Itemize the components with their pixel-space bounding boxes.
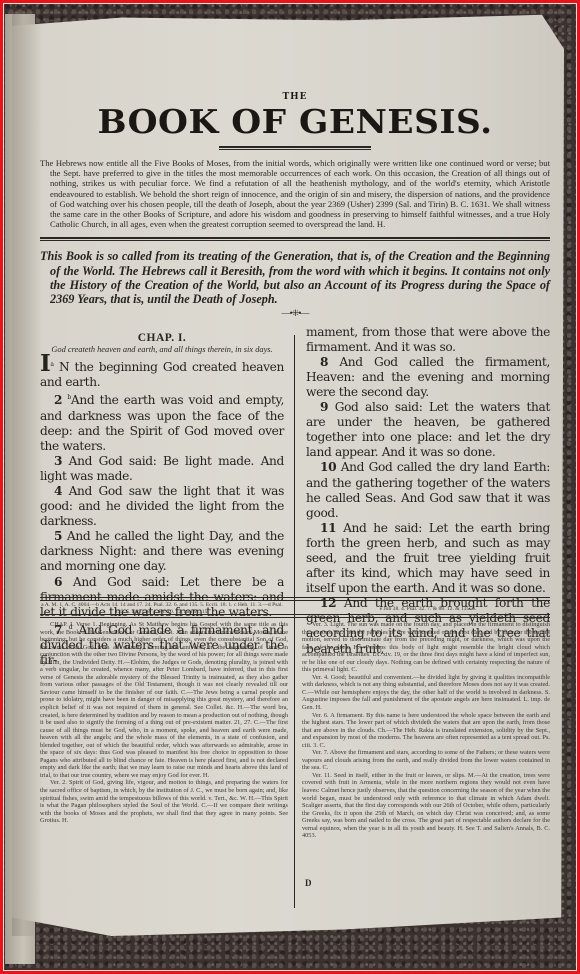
- page-content: THE BOOK OF GENESIS. The Hebrews now ent…: [40, 92, 550, 668]
- references-bottom-rule: [40, 614, 550, 618]
- verse-5: 5 And he called the light Day, and the d…: [40, 529, 284, 574]
- verse-11: 11 And he said: Let the earth bring fort…: [306, 521, 550, 596]
- intro-paragraph: The Hebrews now entitle all the Five Boo…: [40, 158, 550, 229]
- signature-mark: D: [305, 878, 312, 888]
- notes-left: CHAP. I. Verse 1. Beginning. As St Matth…: [40, 621, 288, 840]
- note: Ver. 7. Above the firmament and stars, a…: [302, 749, 550, 772]
- note: Ver. 11. Seed in itself, either in the f…: [302, 772, 550, 840]
- verse-2: 2 bAnd the earth was void and empty, and…: [40, 390, 284, 453]
- references-top-rule: [40, 597, 550, 601]
- drop-cap: I: [40, 350, 50, 377]
- title-rule: [219, 146, 371, 150]
- verse-4: 4 And God saw the light that it was good…: [40, 484, 284, 529]
- notes-right: Ver. 3. Light. The sun was made on the f…: [302, 621, 550, 840]
- verse-9: 9 God also said: Let the waters that are…: [306, 400, 550, 460]
- verse-1: Ia N the beginning God created heaven an…: [40, 357, 284, 390]
- ornament-divider: —•⁜•—: [40, 308, 550, 319]
- commentary-notes: CHAP. I. Verse 1. Beginning. As St Matth…: [40, 621, 550, 840]
- note: Ver. 2. Spirit of God, giving life, vigo…: [40, 779, 288, 824]
- note: Ver. 4. Good; beautiful and convenient.—…: [302, 674, 550, 712]
- page-gutter-shadow: [12, 12, 42, 936]
- notes-column-divider: [294, 618, 295, 908]
- verse-8: 8 And God called the firmament, Heaven: …: [306, 355, 550, 400]
- book-summary: This Book is so called from its treating…: [40, 249, 550, 306]
- chapter-heading: CHAP. I.: [40, 332, 284, 344]
- page-title: BOOK OF GENESIS.: [30, 104, 560, 140]
- verse-10: 10 And God called the dry land Earth: an…: [306, 460, 550, 520]
- pre-title: THE: [40, 92, 550, 102]
- note: Ver. 3. Light. The sun was made on the f…: [302, 621, 550, 674]
- chapter-summary: God createth heaven and earth, and all t…: [40, 345, 284, 355]
- note: Ver. 6. A firmament. By this name is her…: [302, 712, 550, 750]
- verse-7-continued: mament, from those that were above the f…: [306, 325, 550, 355]
- section-rule: [40, 237, 550, 241]
- note: CHAP. I. Verse 1. Beginning. As St Matth…: [40, 621, 288, 779]
- verse-3: 3 And God said: Be light made. And light…: [40, 454, 284, 484]
